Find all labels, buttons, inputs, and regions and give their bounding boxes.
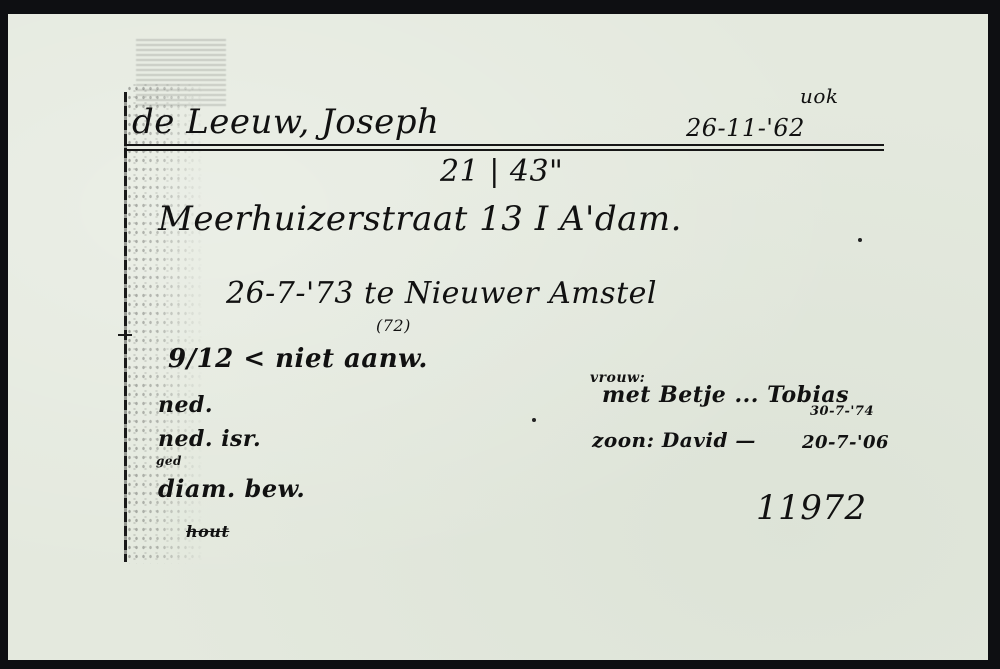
nationality-note: ned. xyxy=(158,392,213,418)
address: Meerhuizerstraat 13 I A'dam. xyxy=(158,199,682,239)
son-date: 20-7-'06 xyxy=(802,432,889,453)
registration-number: 21 | 43" xyxy=(440,154,563,189)
note-line-1: 9/12 < niet aanw. xyxy=(168,344,428,374)
note-superscript: ged xyxy=(156,454,182,468)
margin-tick-mark xyxy=(118,334,132,336)
struck-note: hout xyxy=(186,522,229,541)
death-year-correction: (72) xyxy=(376,316,411,335)
religion-note: ned. isr. xyxy=(158,426,261,452)
header-rule-bottom xyxy=(124,149,884,151)
surname-name: de Leeuw, Joseph xyxy=(132,102,439,142)
occupation-note: diam. bew. xyxy=(158,474,305,503)
ink-dot xyxy=(858,238,862,242)
birth-date: 26-11-'62 xyxy=(686,114,805,142)
corner-note: uok xyxy=(800,84,839,108)
wife-date: 30-7-'74 xyxy=(810,404,874,419)
son-name: zoon: David — xyxy=(592,428,756,452)
death-record: 26-7-'73 te Nieuwer Amstel xyxy=(226,276,657,311)
ink-dot xyxy=(532,418,536,422)
index-card: de Leeuw, Joseph 26-11-'62 uok 21 | 43" … xyxy=(8,14,988,660)
left-margin-line xyxy=(124,92,127,562)
card-number: 11972 xyxy=(756,488,867,528)
header-rule-top xyxy=(124,144,884,146)
